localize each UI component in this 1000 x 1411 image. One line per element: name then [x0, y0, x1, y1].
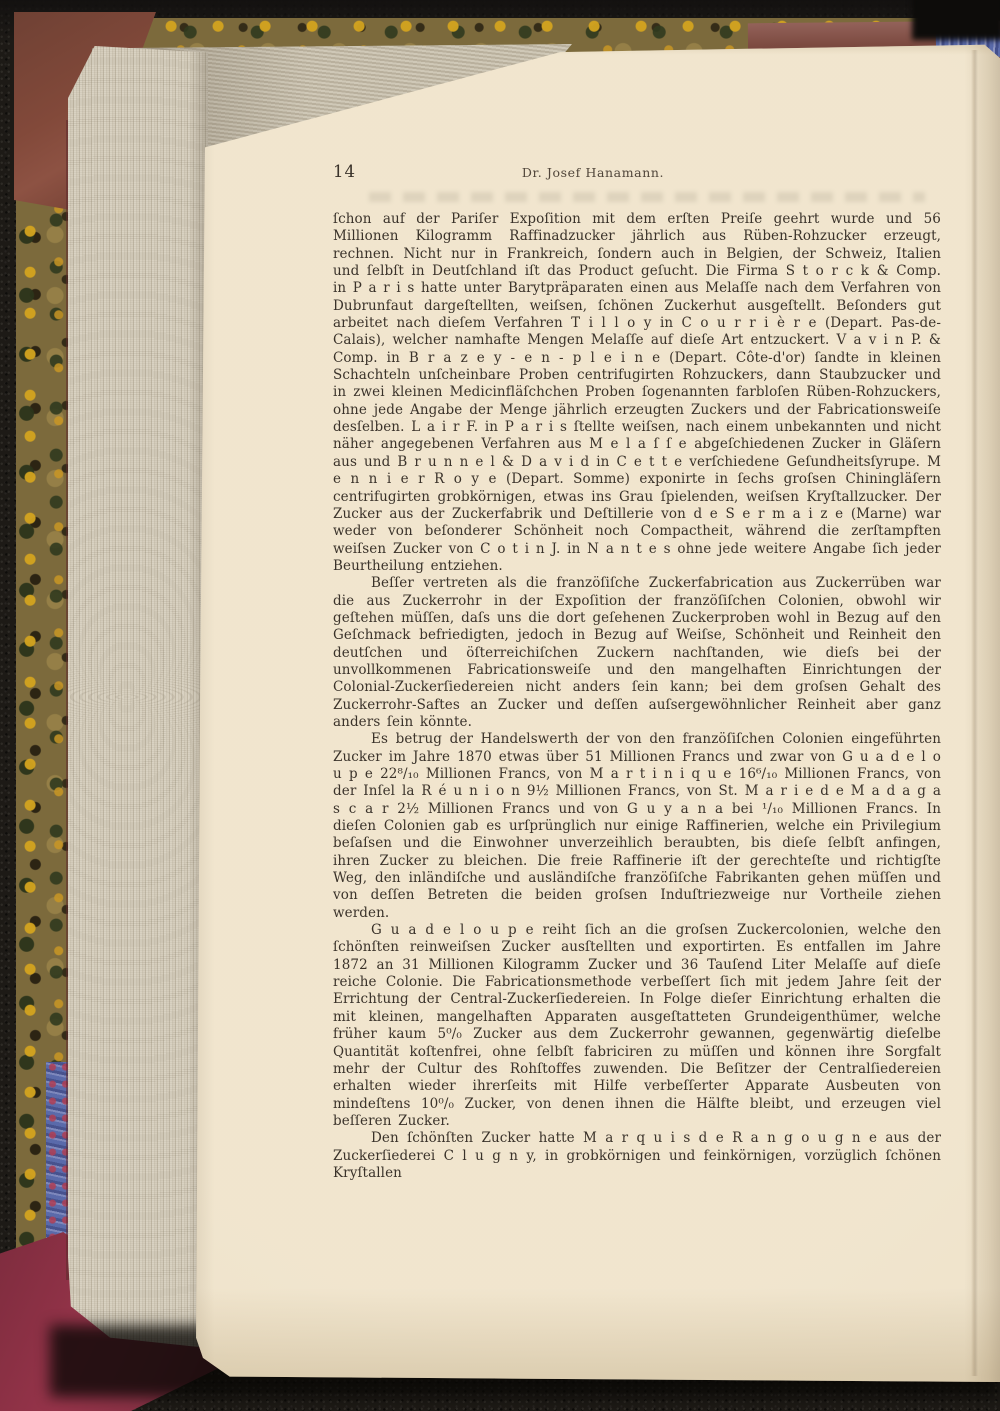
- running-header: Dr. Josef Hanamann.: [522, 165, 664, 180]
- body-text: ſchon auf der Pariſer Expoſition mit dem…: [333, 211, 941, 1182]
- body-paragraph: Beſſer vertreten als die franzöſiſche Zu…: [333, 575, 941, 731]
- page-number: 14: [333, 162, 356, 181]
- scanned-book-photo: 14 Dr. Josef Hanamann. ſchon auf der Par…: [0, 0, 1000, 1411]
- page-block-fore-edge: [68, 46, 208, 1348]
- page-header: 14 Dr. Josef Hanamann.: [333, 162, 941, 188]
- page-crease: [971, 50, 978, 1376]
- body-paragraph: Es betrug der Handelswerth der von den f…: [333, 731, 941, 922]
- shadow-corner-top-right: [912, 0, 1000, 40]
- body-paragraph: G u a d e l o u p e reiht ſich an die gr…: [333, 922, 941, 1130]
- body-paragraph: Den ſchönſten Zucker hatte M a r q u i s…: [333, 1130, 941, 1182]
- page-text-block: 14 Dr. Josef Hanamann. ſchon auf der Par…: [333, 162, 941, 1182]
- body-paragraph: ſchon auf der Pariſer Expoſition mit dem…: [333, 211, 941, 575]
- ink-show-through: [369, 192, 925, 202]
